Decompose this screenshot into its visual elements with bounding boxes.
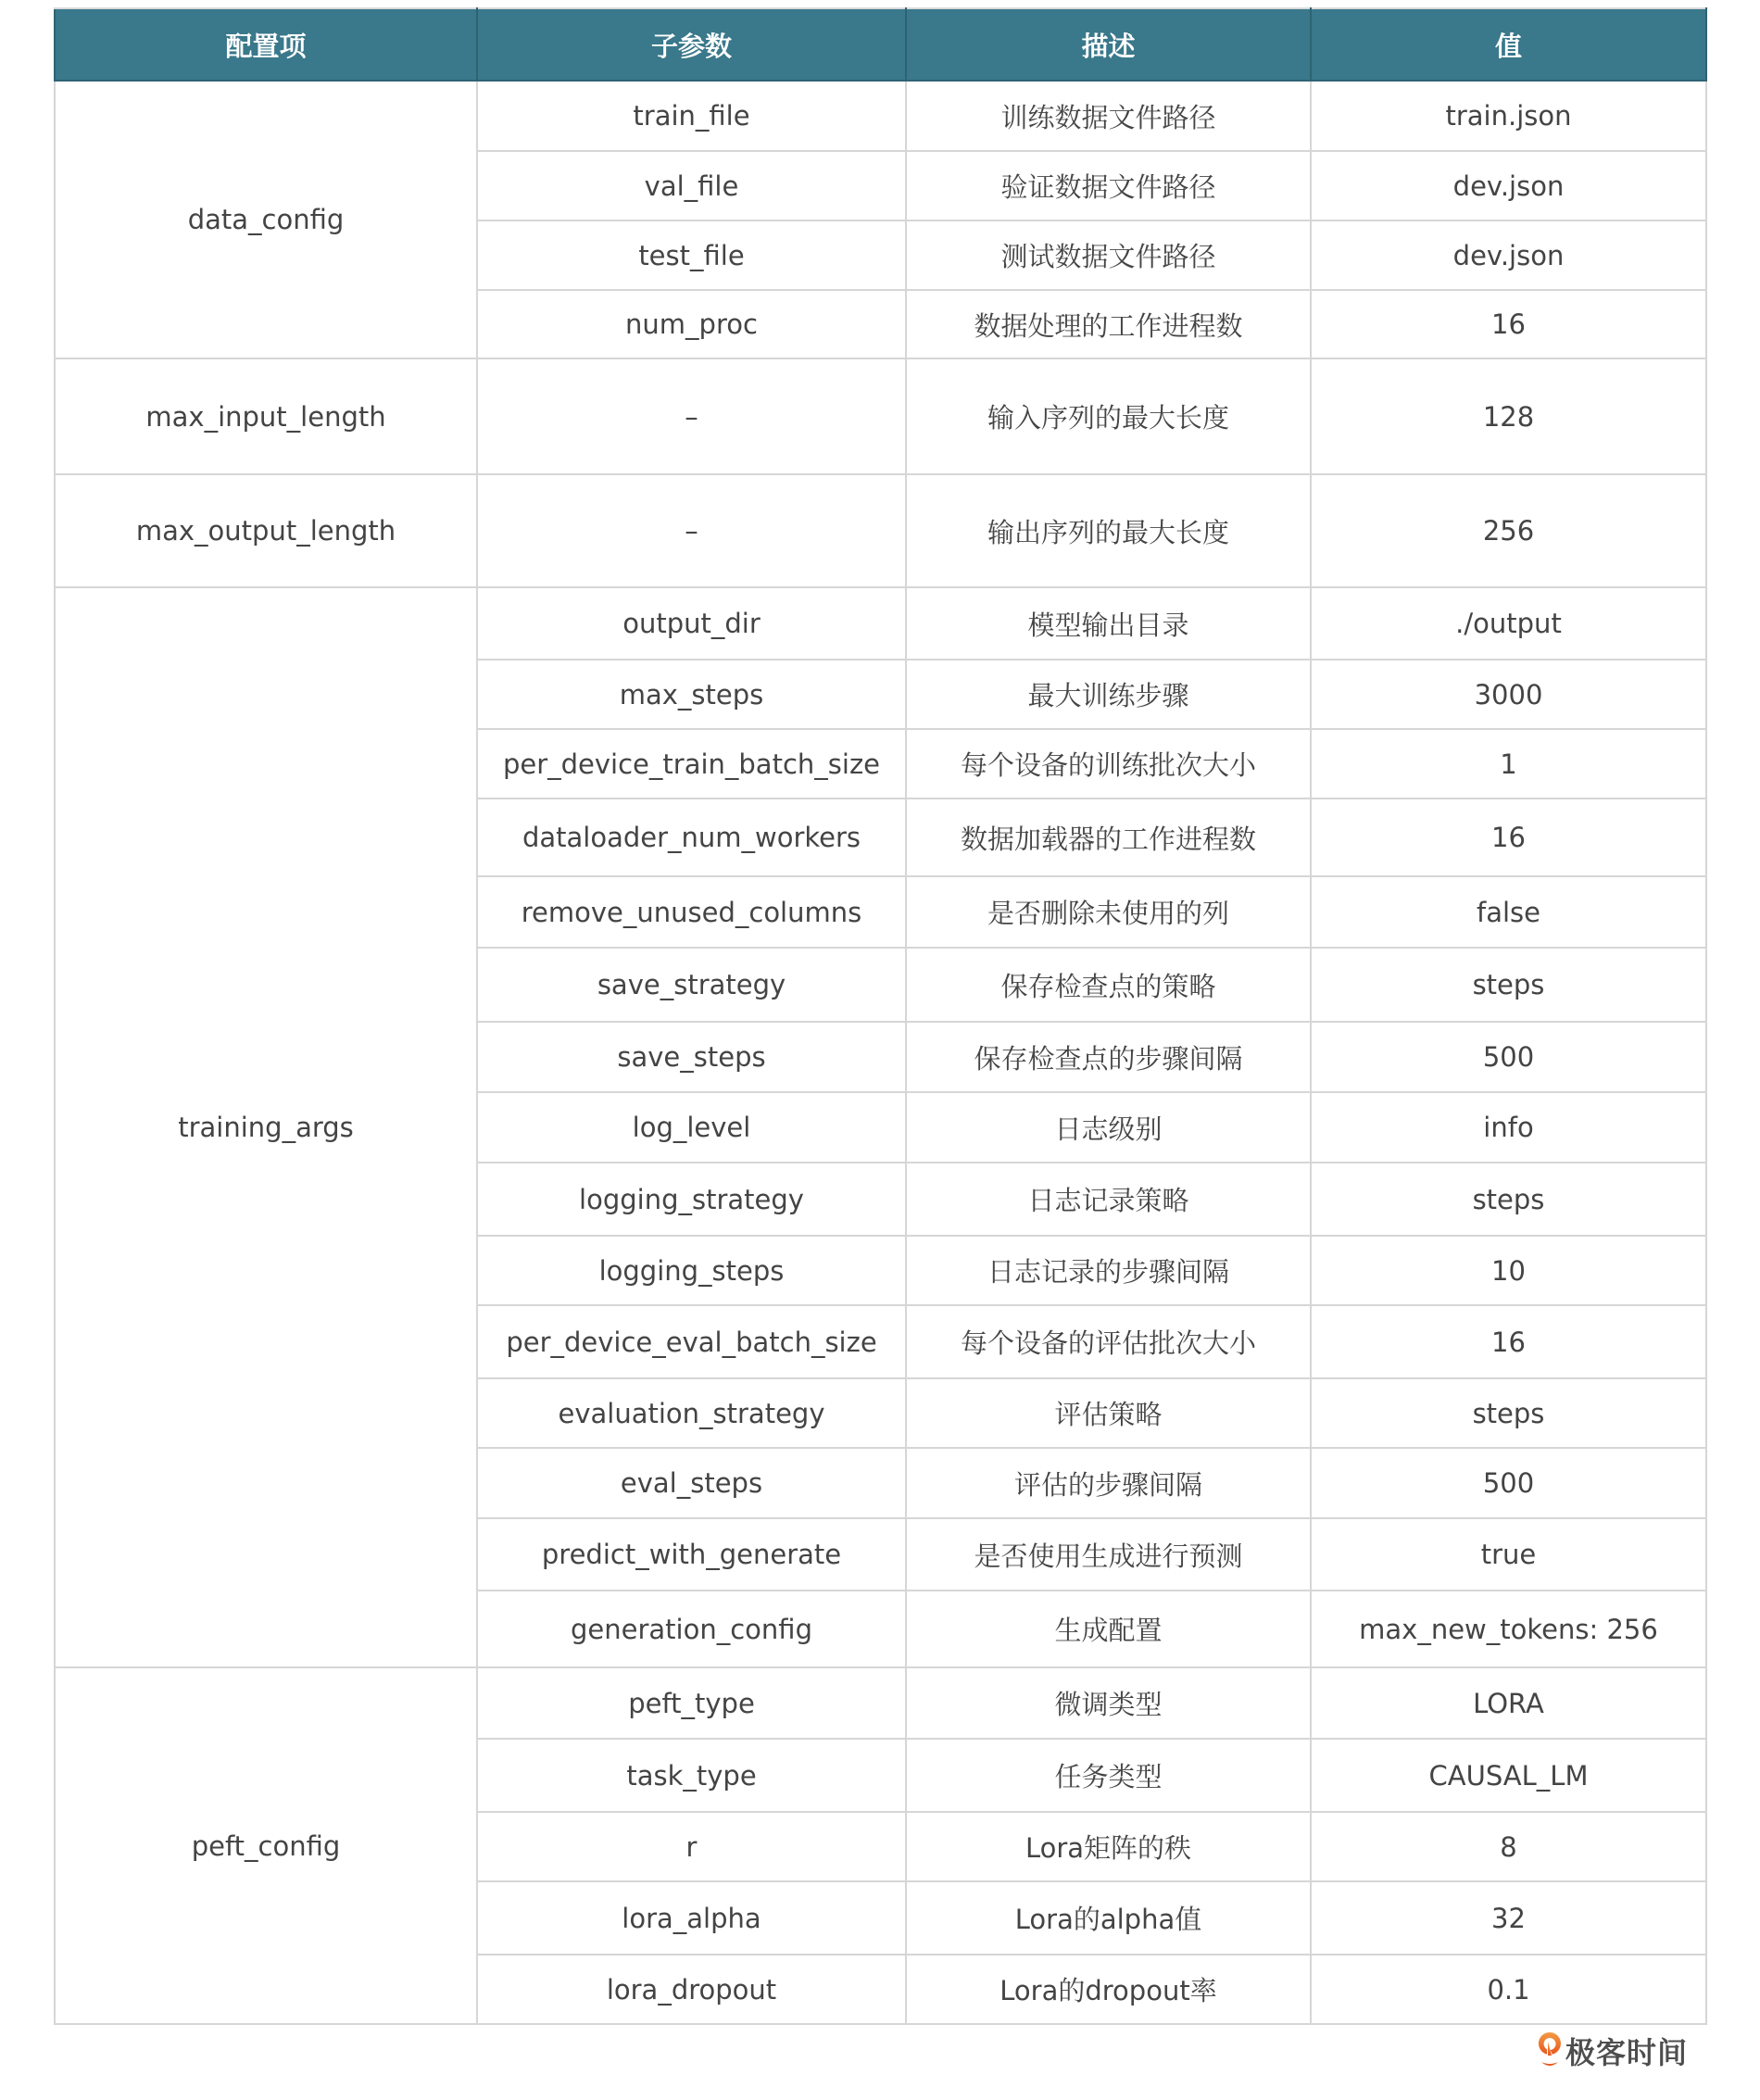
param-cell: lora_dropout (477, 1955, 906, 2024)
desc-cell: 保存检查点的步骤间隔 (906, 1022, 1311, 1092)
value-cell: 500 (1311, 1448, 1706, 1518)
value-cell: 32 (1311, 1881, 1706, 1955)
table-row: peft_config peft_type 微调类型 LORA (55, 1667, 1706, 1739)
table-row: max_output_length – 输出序列的最大长度 256 (55, 474, 1706, 587)
param-cell: save_strategy (477, 948, 906, 1022)
header-sub-param: 子参数 (477, 8, 906, 81)
param-cell: dataloader_num_workers (477, 799, 906, 876)
desc-cell: 测试数据文件路径 (906, 220, 1311, 290)
value-cell: train.json (1311, 81, 1706, 151)
param-cell: – (477, 474, 906, 587)
group-label-max-input-length: max_input_length (55, 358, 477, 474)
value-cell: 500 (1311, 1022, 1706, 1092)
param-cell: peft_type (477, 1667, 906, 1739)
value-cell: 16 (1311, 290, 1706, 358)
value-cell: dev.json (1311, 220, 1706, 290)
value-cell: 8 (1311, 1812, 1706, 1881)
value-cell: false (1311, 876, 1706, 948)
param-cell: evaluation_strategy (477, 1378, 906, 1448)
value-cell: 256 (1311, 474, 1706, 587)
value-cell: steps (1311, 1378, 1706, 1448)
param-cell: val_file (477, 151, 906, 220)
param-cell: – (477, 358, 906, 474)
config-table: 配置项 子参数 描述 值 data_config train_file 训练数据… (54, 7, 1707, 2025)
param-cell: logging_steps (477, 1236, 906, 1305)
param-cell: save_steps (477, 1022, 906, 1092)
geektime-logo: 极客时间 (1538, 2029, 1688, 2073)
desc-cell: 训练数据文件路径 (906, 81, 1311, 151)
value-cell: steps (1311, 1163, 1706, 1236)
param-cell: test_file (477, 220, 906, 290)
param-cell: generation_config (477, 1591, 906, 1667)
desc-cell: 保存检查点的策略 (906, 948, 1311, 1022)
desc-cell: 日志级别 (906, 1092, 1311, 1163)
desc-cell: 数据加载器的工作进程数 (906, 799, 1311, 876)
geektime-logo-icon (1538, 2031, 1562, 2071)
group-label-data-config: data_config (55, 81, 477, 358)
value-cell: 128 (1311, 358, 1706, 474)
desc-cell: Lora矩阵的秩 (906, 1812, 1311, 1881)
header-description: 描述 (906, 8, 1311, 81)
value-cell: 16 (1311, 799, 1706, 876)
value-cell: max_new_tokens: 256 (1311, 1591, 1706, 1667)
desc-cell: 微调类型 (906, 1667, 1311, 1739)
desc-cell: 输出序列的最大长度 (906, 474, 1311, 587)
value-cell: 10 (1311, 1236, 1706, 1305)
header-value: 值 (1311, 8, 1706, 81)
value-cell: 0.1 (1311, 1955, 1706, 2024)
value-cell: LORA (1311, 1667, 1706, 1739)
desc-cell: 生成配置 (906, 1591, 1311, 1667)
desc-cell: 日志记录的步骤间隔 (906, 1236, 1311, 1305)
desc-cell: 最大训练步骤 (906, 660, 1311, 729)
value-cell: 16 (1311, 1305, 1706, 1378)
param-cell: logging_strategy (477, 1163, 906, 1236)
table-row: max_input_length – 输入序列的最大长度 128 (55, 358, 1706, 474)
desc-cell: 评估的步骤间隔 (906, 1448, 1311, 1518)
value-cell: info (1311, 1092, 1706, 1163)
group-label-peft-config: peft_config (55, 1667, 477, 2024)
param-cell: task_type (477, 1739, 906, 1812)
table-header-row: 配置项 子参数 描述 值 (55, 8, 1706, 81)
desc-cell: 是否删除未使用的列 (906, 876, 1311, 948)
table-row: training_args output_dir 模型输出目录 ./output (55, 587, 1706, 660)
param-cell: lora_alpha (477, 1881, 906, 1955)
value-cell: steps (1311, 948, 1706, 1022)
param-cell: train_file (477, 81, 906, 151)
header-config-item: 配置项 (55, 8, 477, 81)
desc-cell: 每个设备的评估批次大小 (906, 1305, 1311, 1378)
param-cell: per_device_eval_batch_size (477, 1305, 906, 1378)
param-cell: max_steps (477, 660, 906, 729)
value-cell: CAUSAL_LM (1311, 1739, 1706, 1812)
desc-cell: 输入序列的最大长度 (906, 358, 1311, 474)
value-cell: 3000 (1311, 660, 1706, 729)
param-cell: predict_with_generate (477, 1518, 906, 1591)
desc-cell: 是否使用生成进行预测 (906, 1518, 1311, 1591)
group-label-training-args: training_args (55, 587, 477, 1667)
desc-cell: Lora的dropout率 (906, 1955, 1311, 2024)
desc-cell: 数据处理的工作进程数 (906, 290, 1311, 358)
param-cell: remove_unused_columns (477, 876, 906, 948)
desc-cell: Lora的alpha值 (906, 1881, 1311, 1955)
param-cell: eval_steps (477, 1448, 906, 1518)
table-row: data_config train_file 训练数据文件路径 train.js… (55, 81, 1706, 151)
value-cell: ./output (1311, 587, 1706, 660)
desc-cell: 评估策略 (906, 1378, 1311, 1448)
param-cell: output_dir (477, 587, 906, 660)
value-cell: dev.json (1311, 151, 1706, 220)
param-cell: log_level (477, 1092, 906, 1163)
desc-cell: 每个设备的训练批次大小 (906, 729, 1311, 799)
desc-cell: 任务类型 (906, 1739, 1311, 1812)
param-cell: r (477, 1812, 906, 1881)
logo-text: 极客时间 (1565, 2030, 1688, 2072)
desc-cell: 验证数据文件路径 (906, 151, 1311, 220)
value-cell: 1 (1311, 729, 1706, 799)
param-cell: per_device_train_batch_size (477, 729, 906, 799)
value-cell: true (1311, 1518, 1706, 1591)
desc-cell: 日志记录策略 (906, 1163, 1311, 1236)
param-cell: num_proc (477, 290, 906, 358)
group-label-max-output-length: max_output_length (55, 474, 477, 587)
desc-cell: 模型输出目录 (906, 587, 1311, 660)
